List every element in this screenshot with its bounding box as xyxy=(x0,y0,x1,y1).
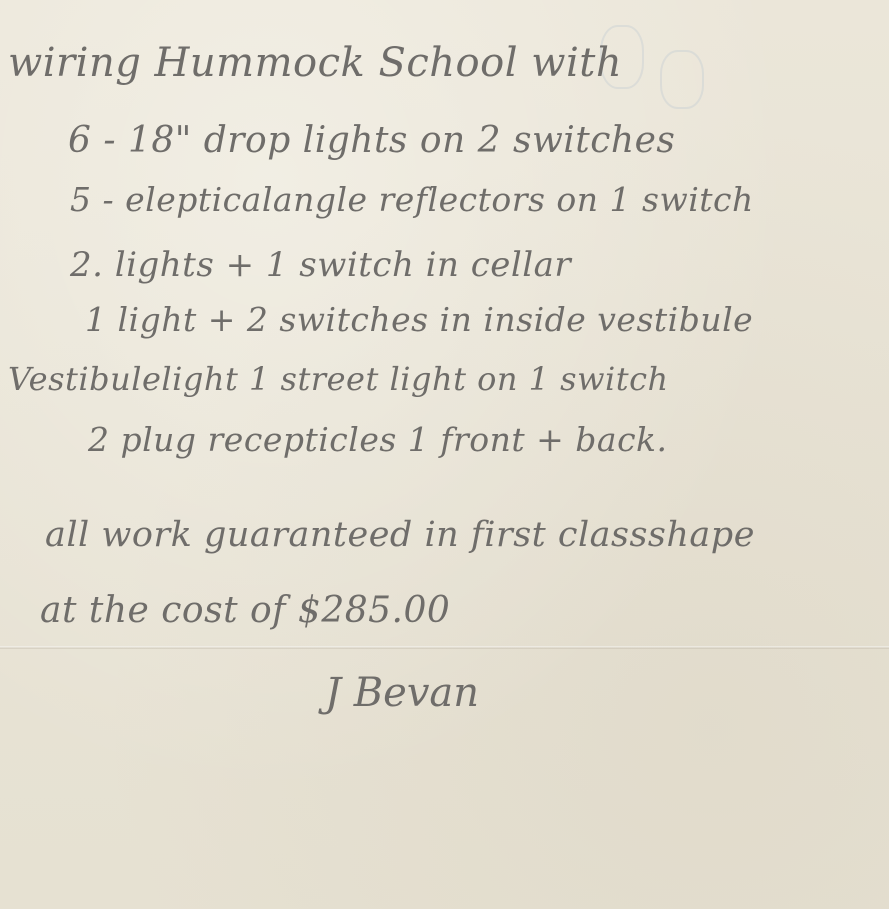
paper-fold-crease xyxy=(0,646,889,649)
note-line-item: 2 plug recepticles 1 front + back. xyxy=(88,420,668,459)
note-line-item: 1 light + 2 switches in inside vestibule xyxy=(85,300,753,339)
note-line-heading: wiring Hummock School with xyxy=(8,40,622,86)
signature: J Bevan xyxy=(325,670,479,716)
faint-marking xyxy=(660,50,704,109)
handwritten-note-page: wiring Hummock School with 6 - 18" drop … xyxy=(0,0,889,909)
note-line-item: 2. lights + 1 switch in cellar xyxy=(70,245,571,285)
note-line-guarantee: all work guaranteed in first classshape xyxy=(45,515,755,555)
note-line-item: 6 - 18" drop lights on 2 switches xyxy=(68,120,675,161)
note-line-item: Vestibulelight 1 street light on 1 switc… xyxy=(8,360,669,398)
note-line-cost: at the cost of $285.00 xyxy=(40,590,450,631)
note-line-item: 5 - elepticalangle reflectors on 1 switc… xyxy=(70,180,754,219)
